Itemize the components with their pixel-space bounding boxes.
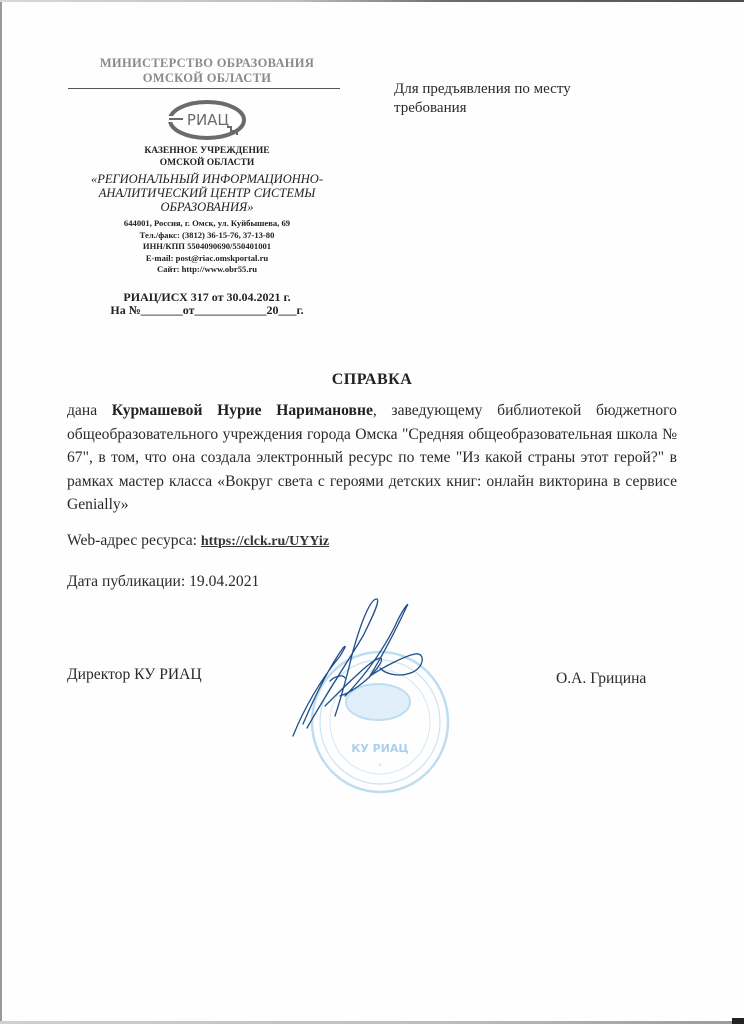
scanned-page: МИНИСТЕРСТВО ОБРАЗОВАНИЯ ОМСКОЙ ОБЛАСТИ … — [0, 0, 744, 1024]
header-divider — [68, 88, 340, 89]
addressee: Для предъявления по месту требования — [394, 80, 624, 118]
handwritten-signature — [285, 596, 445, 746]
institution-type: КАЗЕННОЕ УЧРЕЖДЕНИЕ ОМСКОЙ ОБЛАСТИ — [68, 145, 346, 169]
phone: Тел./факс: (3812) 36-15-76, 37-13-80 — [68, 230, 346, 242]
website: Сайт: http://www.obr55.ru — [68, 264, 346, 276]
web-address-label: Web-адрес ресурса: — [67, 532, 201, 549]
publication-date-line: Дата публикации: 19.04.2021 — [67, 573, 259, 591]
publication-date-label: Дата публикации: — [67, 573, 189, 590]
recipient-name: Курмашевой Нурие Наримановне — [112, 402, 373, 419]
inn-kpp: ИНН/КПП 5504090690/550401001 — [68, 241, 346, 253]
address: 644001, Россия, г. Омск, ул. Куйбышева, … — [68, 218, 346, 230]
scan-edge — [0, 0, 744, 2]
signatory-position: Директор КУ РИАЦ — [67, 666, 202, 684]
institution-name: «РЕГИОНАЛЬНЫЙ ИНФОРМАЦИОННО- АНАЛИТИЧЕСК… — [68, 172, 346, 214]
document-title: СПРАВКА — [0, 371, 744, 389]
body-prefix: дана — [67, 402, 112, 419]
ministry-name: МИНИСТЕРСТВО ОБРАЗОВАНИЯ ОМСКОЙ ОБЛАСТИ — [68, 56, 346, 86]
document-body: дана Курмашевой Нурие Наримановне, завед… — [67, 399, 677, 517]
svg-text:*: * — [378, 762, 382, 770]
scan-corner — [732, 1018, 744, 1024]
contact-details: 644001, Россия, г. Омск, ул. Куйбышева, … — [68, 218, 346, 276]
riac-logo-icon: РИАЦ — [167, 99, 247, 141]
riac-logo: РИАЦ — [167, 99, 247, 141]
outgoing-reference: РИАЦ/ИСХ 317 от 30.04.2021 г. На №______… — [68, 291, 346, 317]
web-address-link[interactable]: https://clck.ru/UYYiz — [201, 534, 329, 549]
outgoing-number: РИАЦ/ИСХ 317 от 30.04.2021 г. — [68, 291, 346, 304]
email: E-mail: post@riac.omskportal.ru — [68, 253, 346, 265]
signature-icon — [285, 596, 445, 746]
svg-text:РИАЦ: РИАЦ — [187, 111, 230, 129]
publication-date: 19.04.2021 — [189, 573, 259, 590]
institution-name-line: «РЕГИОНАЛЬНЫЙ ИНФОРМАЦИОННО- — [68, 172, 346, 186]
letterhead: МИНИСТЕРСТВО ОБРАЗОВАНИЯ ОМСКОЙ ОБЛАСТИ … — [68, 56, 346, 317]
institution-type-line: КАЗЕННОЕ УЧРЕЖДЕНИЕ — [68, 145, 346, 157]
reference-line: На №_______от____________20___г. — [68, 304, 346, 317]
web-address-line: Web-адрес ресурса: https://clck.ru/UYYiz — [67, 532, 329, 550]
addressee-line: Для предъявления по месту — [394, 80, 624, 99]
ministry-line: МИНИСТЕРСТВО ОБРАЗОВАНИЯ — [68, 56, 346, 71]
ministry-line: ОМСКОЙ ОБЛАСТИ — [68, 71, 346, 86]
institution-name-line: АНАЛИТИЧЕСКИЙ ЦЕНТР СИСТЕМЫ — [68, 186, 346, 200]
institution-name-line: ОБРАЗОВАНИЯ» — [68, 200, 346, 214]
addressee-line: требования — [394, 99, 624, 118]
institution-type-line: ОМСКОЙ ОБЛАСТИ — [68, 157, 346, 169]
signatory-name: О.А. Грицина — [556, 670, 646, 688]
